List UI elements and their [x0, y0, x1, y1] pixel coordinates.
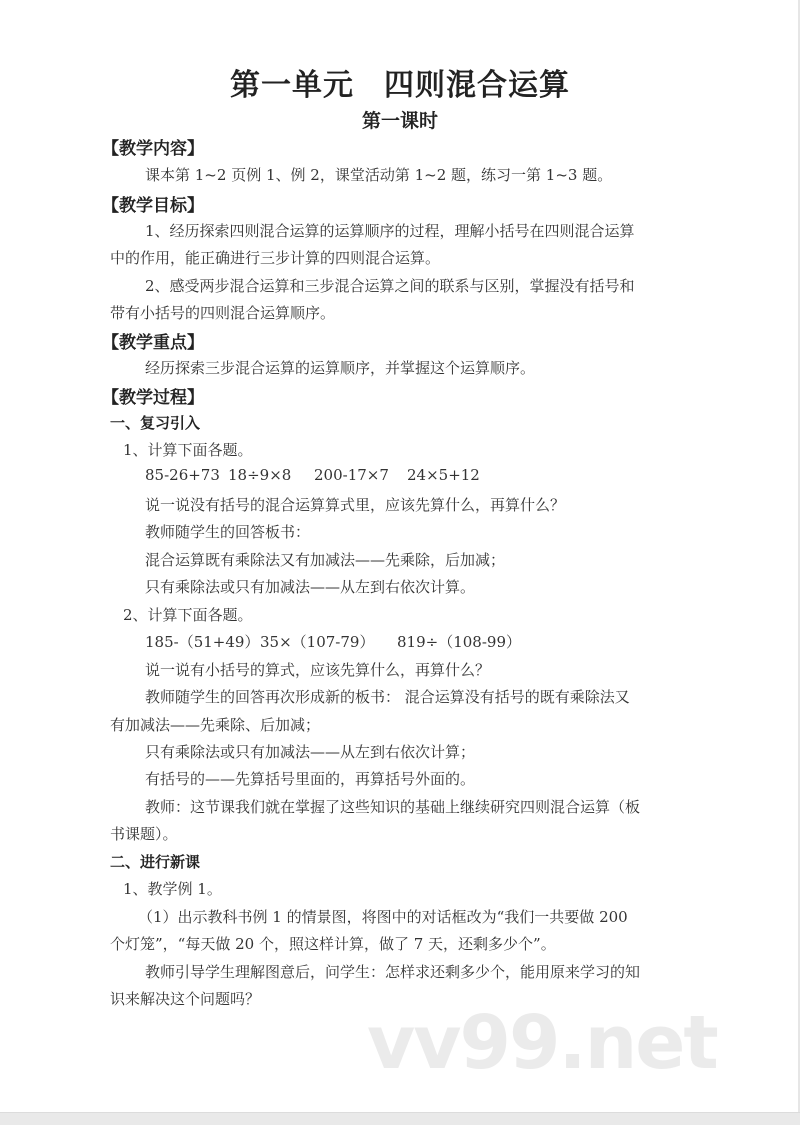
- expression-row-1: 85-26+7318÷9×8200-17×724×5+12: [145, 466, 480, 484]
- question-1: 说一说没有括号的混合运算算式里，应该先算什么，再算什么？: [145, 494, 565, 515]
- heading-key-points: 【教学重点】: [102, 328, 204, 353]
- lesson-subtitle: 第一课时: [0, 106, 800, 133]
- expression: 85-26+73: [145, 466, 228, 484]
- expression: 819÷（108-99）: [397, 631, 521, 652]
- expression: 35×（107-79）: [260, 631, 397, 652]
- part-2-item-1: 1、教学例 1。: [123, 878, 222, 899]
- unit-title-topic: 四则混合运算: [384, 68, 570, 103]
- rule-4: 有括号的——先算括号里面的，再算括号外面的。: [145, 768, 475, 789]
- unit-title-number: 第一单元: [230, 68, 354, 103]
- goal-2-line-1: 2、感受两步混合运算和三步混合运算之间的联系与区别，掌握没有括号和: [145, 275, 635, 296]
- document-page: 第一单元四则混合运算 第一课时 【教学内容】 课本第 1~2 页例 1、例 2，…: [0, 0, 800, 1112]
- question-2: 说一说有小括号的算式，应该先算什么，再算什么？: [145, 659, 490, 680]
- part-1-item-2: 2、计算下面各题。: [123, 604, 253, 625]
- heading-teaching-content: 【教学内容】: [102, 134, 204, 159]
- page-separator: [0, 1112, 800, 1126]
- expression: 200-17×7: [314, 466, 407, 484]
- heading-teaching-process: 【教学过程】: [102, 383, 204, 408]
- goal-1-line-1: 1、经历探索四则混合运算的运算顺序的过程，理解小括号在四则混合运算: [145, 220, 635, 241]
- teacher-note-2-line-2: 有加减法——先乘除、后加减；: [110, 714, 320, 735]
- teacher-guide-line-2: 识来解决这个问题吗？: [110, 988, 260, 1009]
- part-1-item-1: 1、计算下面各题。: [123, 439, 253, 460]
- expression: 185-（51+49）: [145, 631, 260, 652]
- part-2-heading: 二、进行新课: [110, 851, 200, 872]
- example-1-line-2: 个灯笼”，“每天做 20 个，照这样计算，做了 7 天，还剩多少个”。: [110, 933, 556, 954]
- part-1-heading: 一、复习引入: [110, 412, 200, 433]
- teacher-note-3-line-2: 书课题）。: [110, 823, 178, 844]
- goal-1-line-2: 中的作用，能正确进行三步计算的四则混合运算。: [110, 247, 440, 268]
- expression: 18÷9×8: [228, 466, 314, 484]
- rule-1: 混合运算既有乘除法又有加减法——先乘除，后加减；: [145, 549, 505, 570]
- rule-2: 只有乘除法或只有加减法——从左到右依次计算。: [145, 576, 475, 597]
- teacher-note-2-line-1: 教师随学生的回答再次形成新的板书： 混合运算没有括号的既有乘除法又: [145, 686, 630, 707]
- teacher-guide-line-1: 教师引导学生理解图意后，问学生：怎样求还剩多少个，能用原来学习的知: [145, 961, 640, 982]
- teaching-content-text: 课本第 1~2 页例 1、例 2，课堂活动第 1~2 题，练习一第 1~3 题。: [145, 164, 612, 185]
- rule-3: 只有乘除法或只有加减法——从左到右依次计算；: [145, 741, 475, 762]
- goal-2-line-2: 带有小括号的四则混合运算顺序。: [110, 302, 335, 323]
- heading-teaching-goals: 【教学目标】: [102, 191, 204, 216]
- teacher-note-3-line-1: 教师：这节课我们就在掌握了这些知识的基础上继续研究四则混合运算（板: [145, 796, 640, 817]
- key-points-text: 经历探索三步混合运算的运算顺序，并掌握这个运算顺序。: [145, 357, 535, 378]
- expression-row-2: 185-（51+49）35×（107-79）819÷（108-99）: [145, 631, 521, 652]
- unit-title: 第一单元四则混合运算: [0, 60, 800, 104]
- example-1-line-1: （1）出示教科书例 1 的情景图，将图中的对话框改为“我们一共要做 200: [138, 906, 628, 927]
- watermark: vv99.net: [367, 1000, 717, 1086]
- expression: 24×5+12: [407, 466, 480, 484]
- teacher-note-1: 教师随学生的回答板书：: [145, 521, 310, 542]
- next-page-edge: [0, 1125, 800, 1137]
